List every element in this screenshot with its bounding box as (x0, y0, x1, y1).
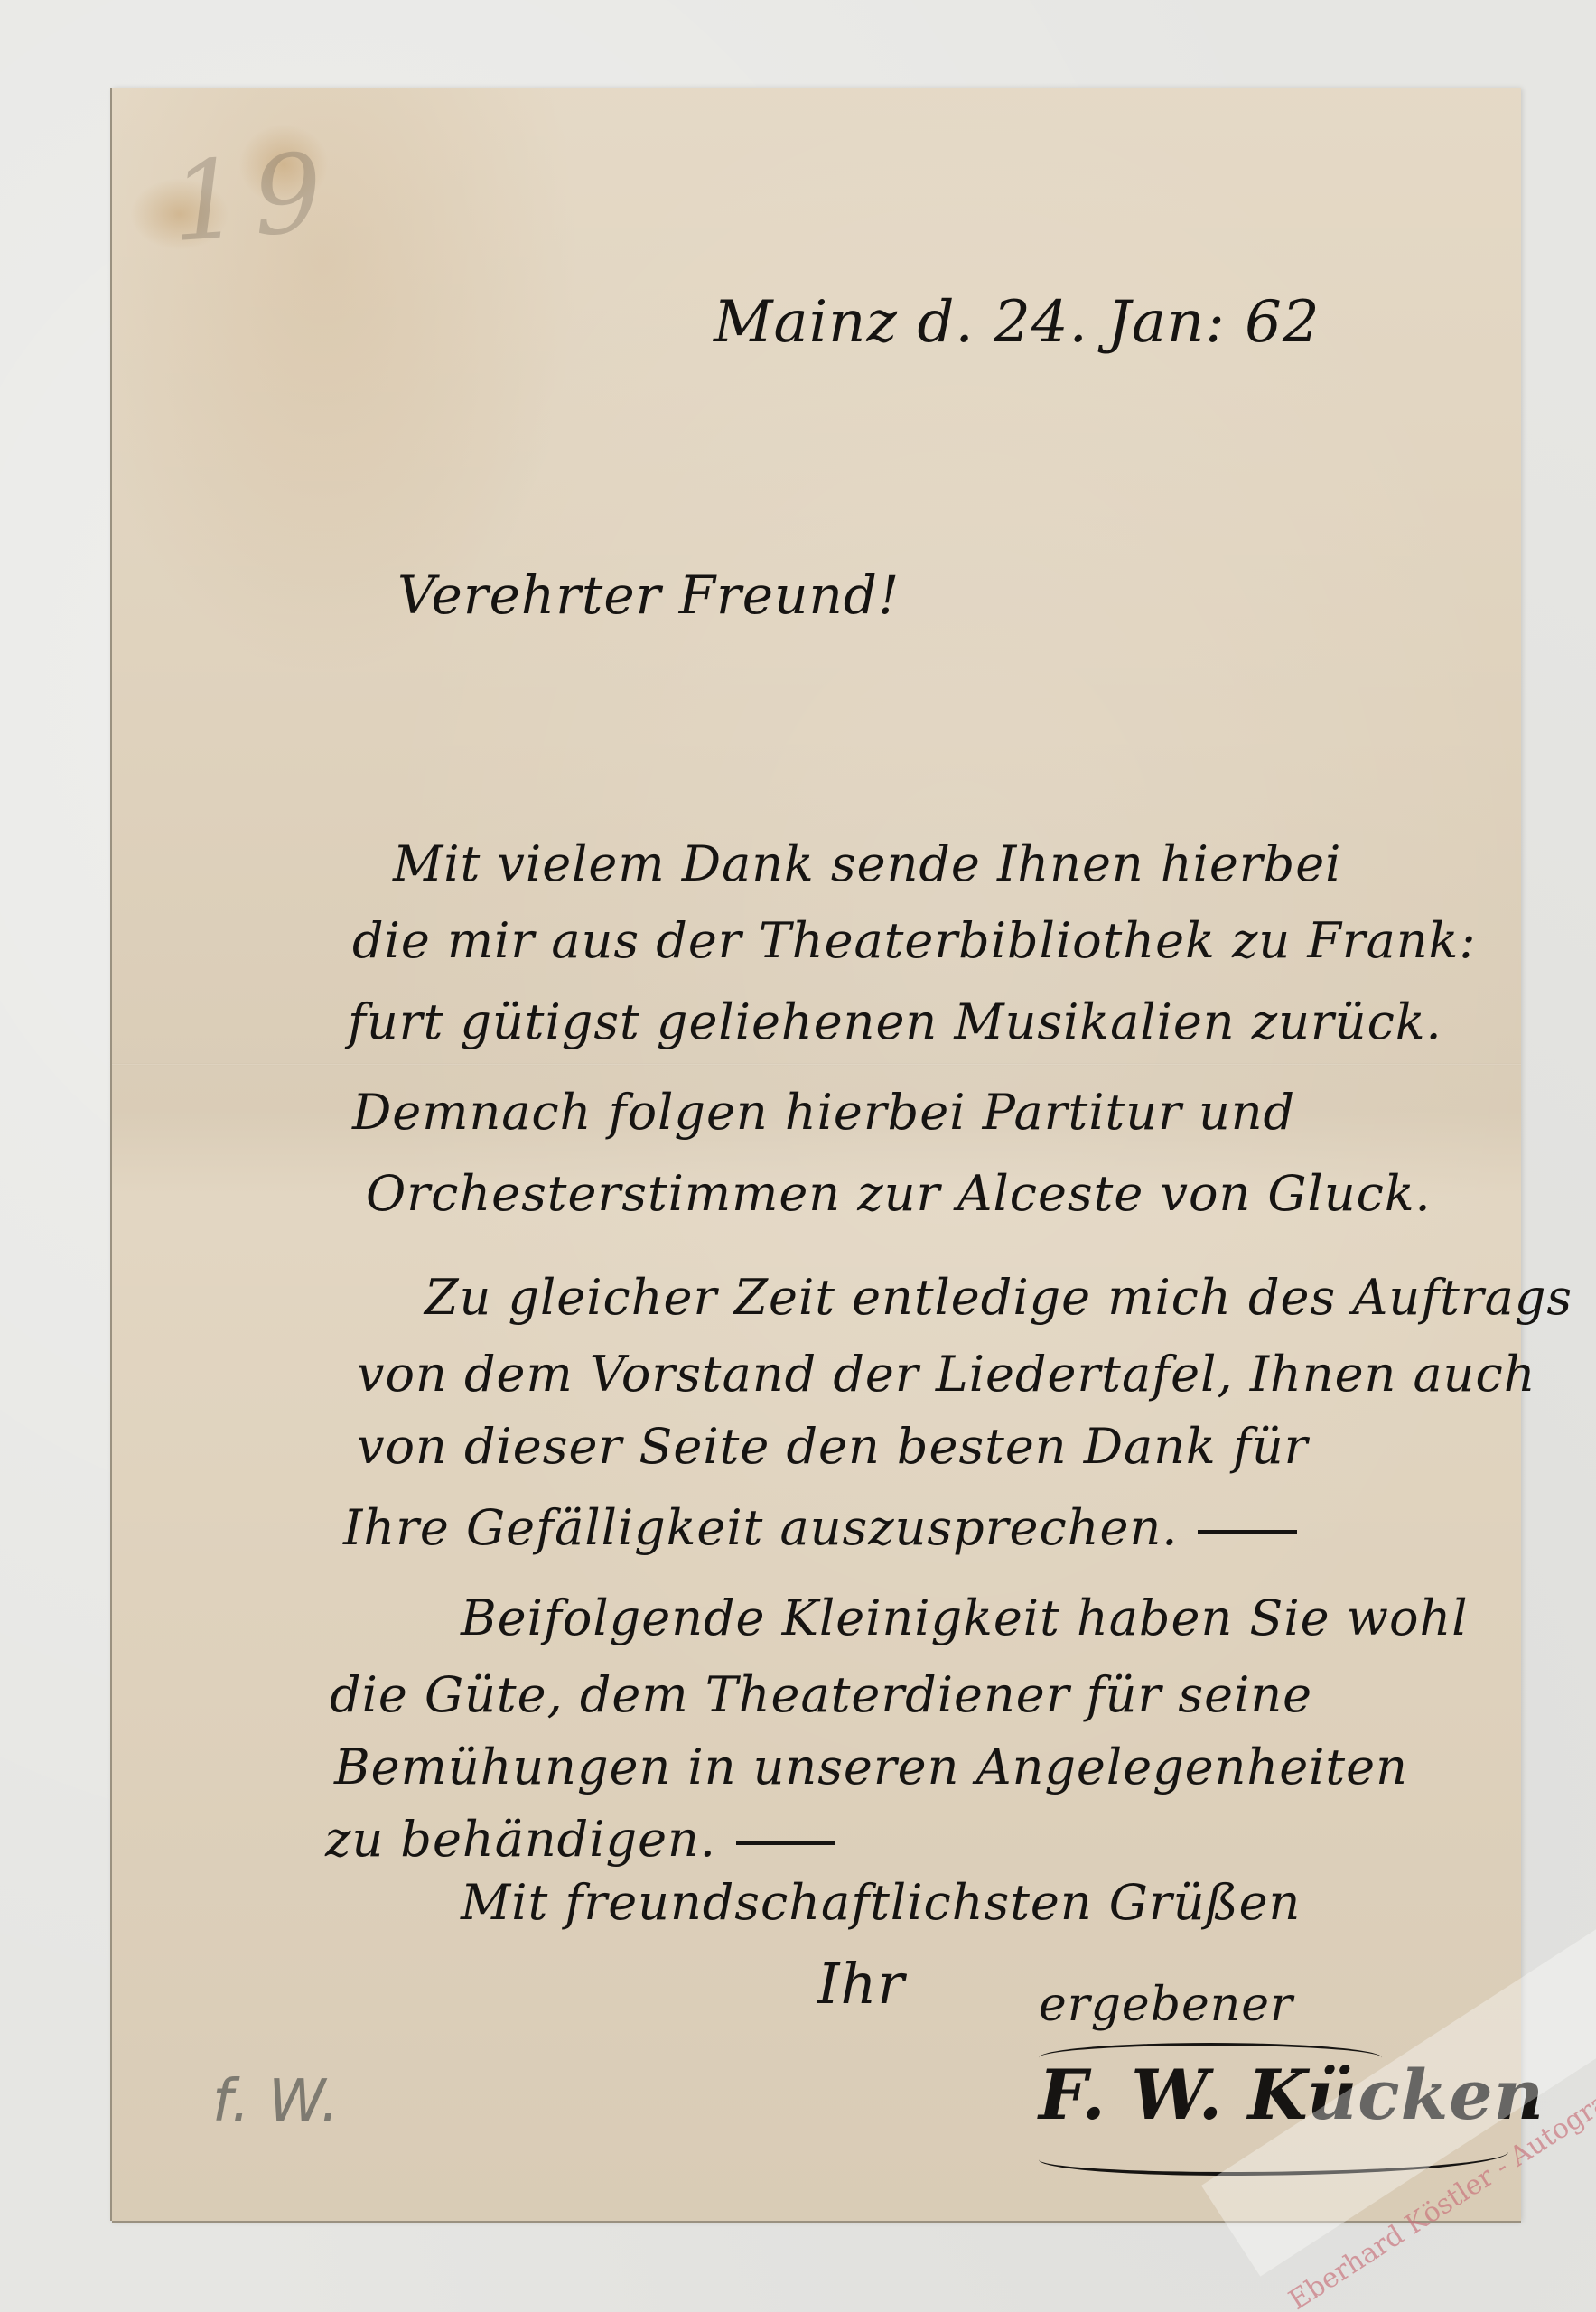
body-line-11: die Güte, dem Theaterdiener für seine (330, 1666, 1312, 1723)
body-line-5: Orchesterstimmen zur Alceste von Gluck. (366, 1165, 1432, 1222)
body-line-10: Beifolgende Kleinigkeit haben Sie wohl (461, 1589, 1469, 1646)
body-line-1: Mit vielem Dank sende Ihnen hierbei (393, 835, 1341, 892)
pencil-annotation: f. W. (212, 2068, 340, 2135)
paper-fold-line (112, 1063, 1521, 1066)
body-line-9-text: Ihre Gefälligkeit auszusprechen. (343, 1499, 1178, 1556)
body-line-9: Ihre Gefälligkeit auszusprechen. (343, 1499, 1297, 1556)
body-line-4: Demnach folgen hierbei Partitur und (352, 1084, 1295, 1141)
body-line-13: zu behändigen. (325, 1811, 835, 1868)
body-line-7: von dem Vorstand der Liedertafel, Ihnen … (357, 1346, 1536, 1403)
place-date: Mainz d. 24. Jan: 62 (714, 289, 1321, 356)
body-line-12: Bemühungen in unseren Angelegenheiten (334, 1739, 1408, 1795)
dash (736, 1841, 835, 1845)
closing-greeting: Mit freundschaftlichsten Grüßen (461, 1874, 1301, 1931)
dash (1198, 1530, 1297, 1534)
body-line-6: Zu gleicher Zeit entledige mich des Auft… (425, 1269, 1573, 1326)
closing-ergebener: ergebener (1039, 1978, 1293, 2032)
archive-number-pencil: 19 (167, 130, 339, 266)
body-line-3: furt gütigst geliehenen Musikalien zurüc… (348, 993, 1442, 1050)
body-line-2: die mir aus der Theaterbibliothek zu Fra… (352, 912, 1477, 969)
salutation: Verehrter Freund! (397, 564, 900, 626)
closing-ihr: Ihr (817, 1951, 905, 2017)
body-line-8: von dieser Seite den besten Dank für (357, 1418, 1308, 1475)
body-line-13-text: zu behändigen. (325, 1811, 716, 1868)
